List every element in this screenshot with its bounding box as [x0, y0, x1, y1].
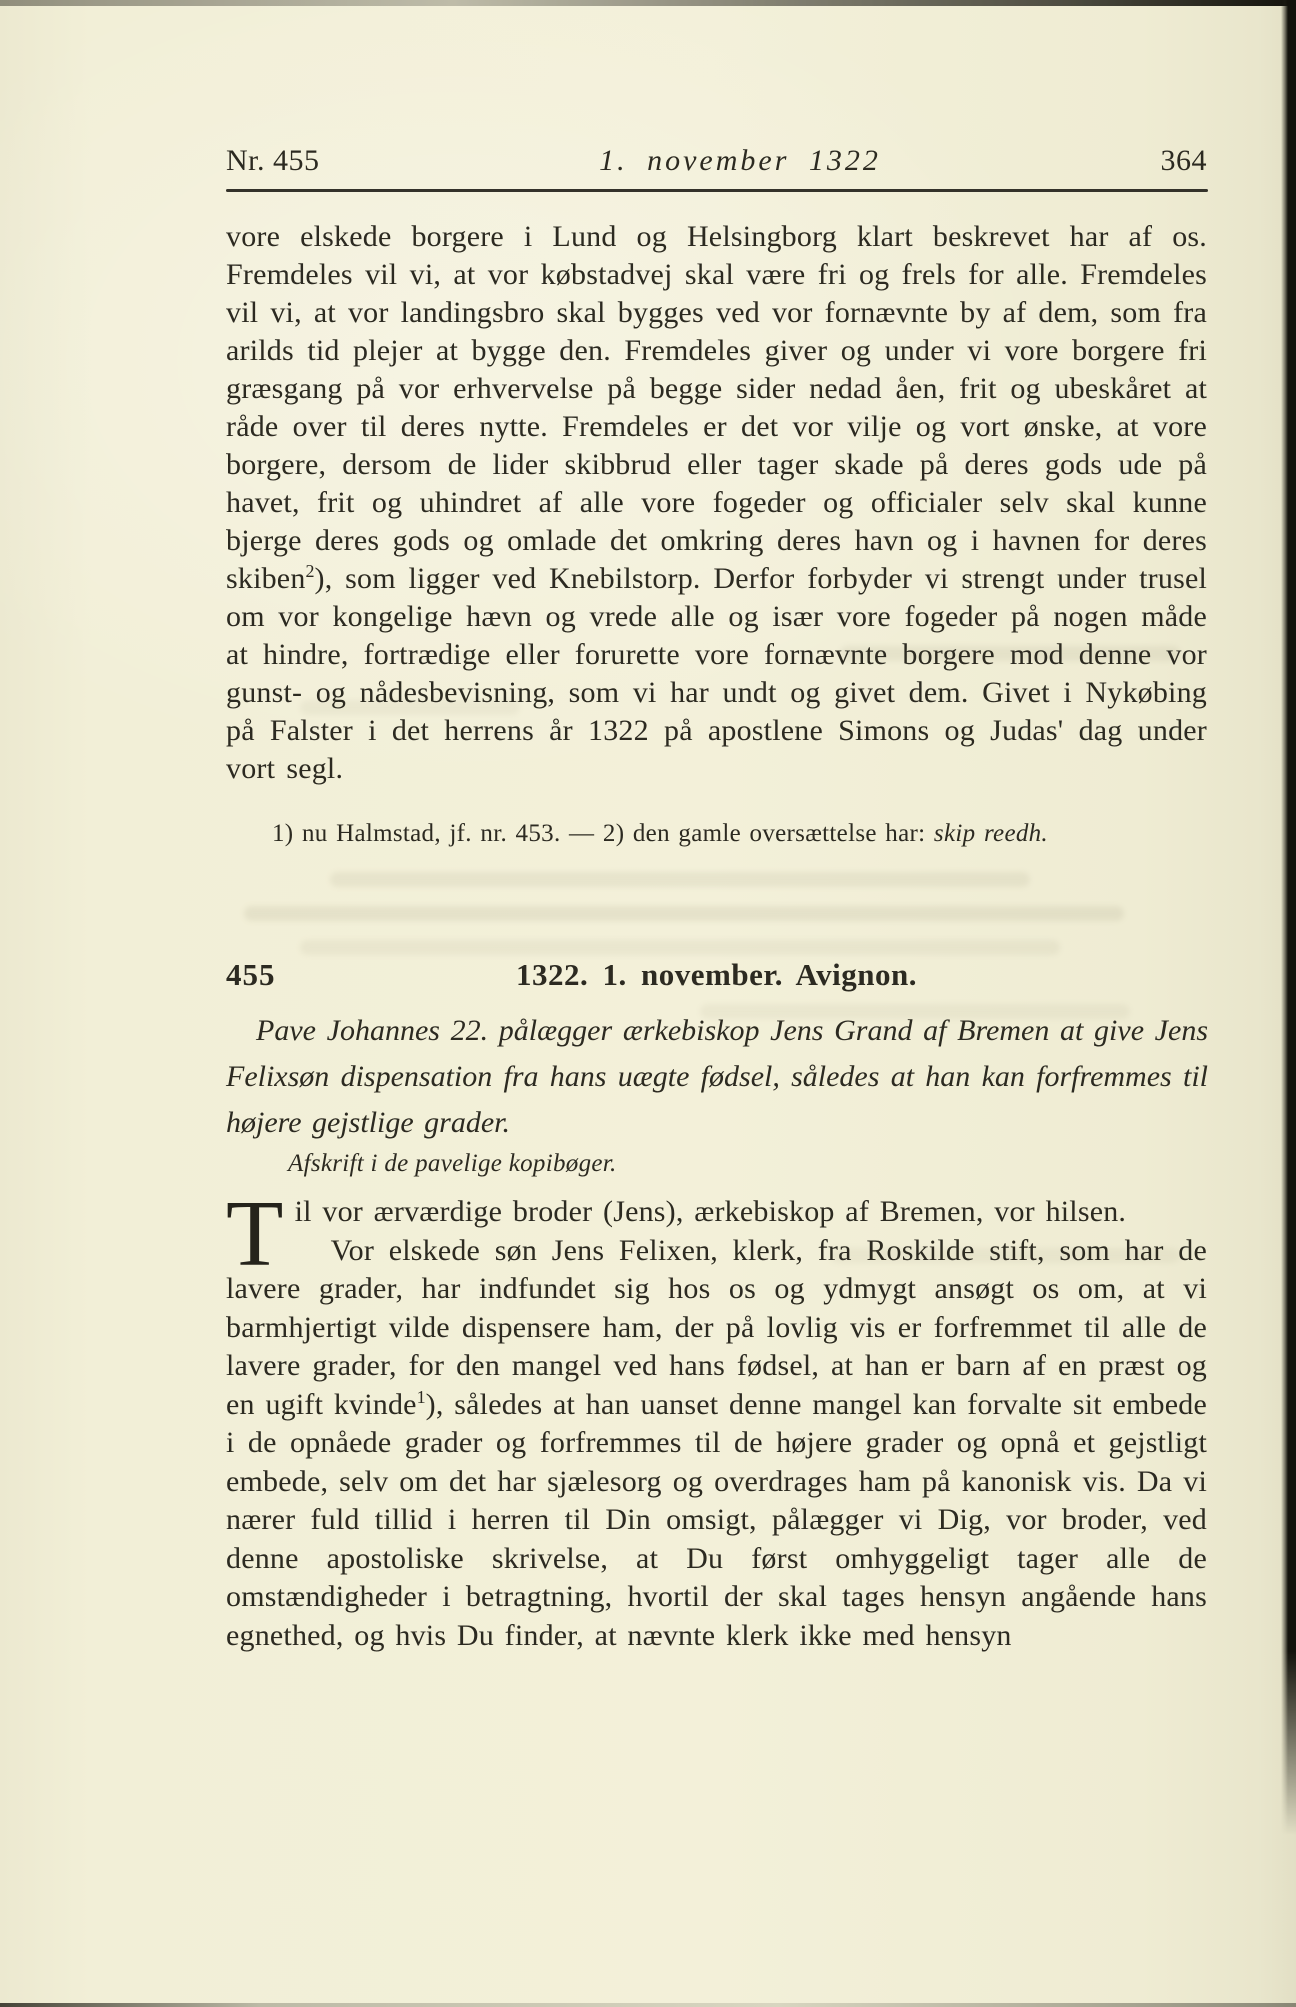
showthrough-artifact: [300, 940, 1060, 955]
salutation-text: il vor ærværdige broder (Jens), ærkebisk…: [295, 1195, 1127, 1228]
previous-document-text: vore elskede borgere i Lund og Helsingbo…: [226, 220, 1207, 595]
previous-document-body: vore elskede borgere i Lund og Helsingbo…: [226, 218, 1207, 788]
document-455-body: Til vor ærværdige broder (Jens), ærkebis…: [226, 1193, 1207, 1655]
footnote-text: 1) nu Halmstad, jf. nr. 453. — 2) den ga…: [272, 820, 934, 847]
document-heading: 455 1322. 1. november. Avignon.: [226, 957, 1207, 993]
scan-edge-bottom: [0, 2003, 1296, 2007]
document-dateline: 1322. 1. november. Avignon.: [516, 957, 917, 992]
header-rule: [226, 189, 1208, 192]
document-number: 455: [226, 957, 276, 993]
previous-document-text-continued: ), som ligger ved Knebilstorp. Derfor fo…: [226, 562, 1207, 785]
scanned-book-page: Nr. 455 1. november 1322 364 vore elsked…: [0, 0, 1296, 2007]
footnote-reference-1: 1: [417, 1387, 426, 1407]
letter-body-text-continued: ), således at han uanset denne mangel ka…: [226, 1388, 1207, 1652]
document-summary: Pave Johannes 22. pålægger ærkebiskop Je…: [226, 1008, 1208, 1146]
running-header-number: Nr. 455: [226, 144, 320, 178]
showthrough-artifact: [330, 872, 1030, 887]
scan-edge-right: [1281, 0, 1296, 1835]
scan-edge-top: [0, 0, 1296, 6]
drop-cap-initial: T: [226, 1193, 284, 1270]
showthrough-artifact: [244, 906, 1124, 921]
footnote-italic-text: skip reedh.: [934, 820, 1048, 847]
running-header-date: 1. november 1322: [320, 144, 1161, 178]
running-header: Nr. 455 1. november 1322 364: [226, 144, 1207, 178]
source-note: Afskrift i de pavelige kopibøger.: [288, 1150, 617, 1178]
page-number: 364: [1161, 144, 1208, 178]
footnote: 1) nu Halmstad, jf. nr. 453. — 2) den ga…: [272, 820, 1212, 848]
footnote-reference-2: 2: [306, 561, 315, 581]
